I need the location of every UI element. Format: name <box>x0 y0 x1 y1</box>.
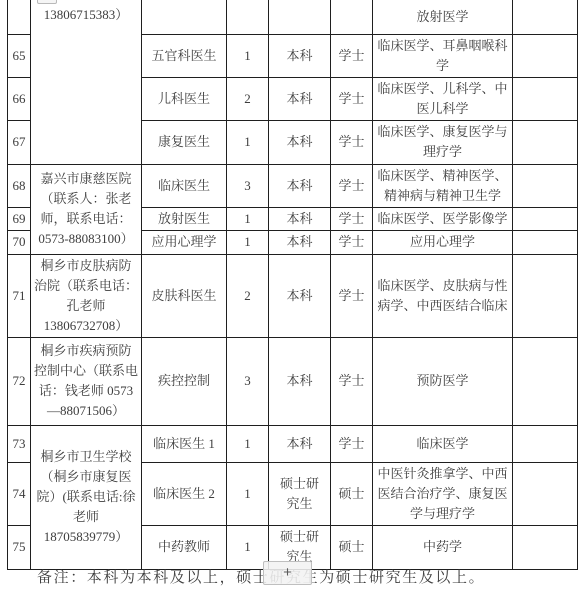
degree-cell: 学士 <box>331 120 373 164</box>
positions-table-body: 13806715383）放射医学65五官科医生1本科学士临床医学、耳鼻咽喉科学6… <box>8 0 578 569</box>
top-clipped-control <box>37 0 57 4</box>
majors-cell: 临床医学、皮肤病与性病学、中西医结合临床 <box>373 254 513 337</box>
count-cell: 2 <box>227 77 269 120</box>
table-row: 68嘉兴市康慈医院 （联系人：张老 师，联系电话： 0573-88083100）… <box>8 164 578 207</box>
position-cell: 应用心理学 <box>142 230 227 254</box>
count-cell: 3 <box>227 337 269 425</box>
remark-cell <box>513 77 578 120</box>
table-row: 13806715383）放射医学 <box>8 0 578 34</box>
education-cell: 本科 <box>269 34 331 77</box>
count-cell: 1 <box>227 462 269 525</box>
education-cell: 本科 <box>269 337 331 425</box>
education-cell: 本科 <box>269 425 331 462</box>
count-cell: 1 <box>227 120 269 164</box>
row-number-cell: 72 <box>8 337 31 425</box>
education-cell: 本科 <box>269 207 331 230</box>
table-row: 72桐乡市疾病预防 控制中心（联系电 话：钱老师 0573 —88071506）… <box>8 337 578 425</box>
degree-cell: 学士 <box>331 34 373 77</box>
remark-cell <box>513 34 578 77</box>
employer-cell: 桐乡市皮肤病防 治院（联系电话： 孔老师 13806732708） <box>31 254 142 337</box>
position-cell: 五官科医生 <box>142 34 227 77</box>
employer-cell: 桐乡市疾病预防 控制中心（联系电 话：钱老师 0573 —88071506） <box>31 337 142 425</box>
plus-button[interactable]: + <box>263 561 312 585</box>
remark-cell <box>513 254 578 337</box>
position-cell: 放射医生 <box>142 207 227 230</box>
education-cell: 本科 <box>269 164 331 207</box>
degree-cell: 学士 <box>331 164 373 207</box>
remark-cell <box>513 525 578 569</box>
footer-note: 备注：本科为本科及以上，硕士研究生为硕士研究生及以上。 <box>37 566 485 587</box>
count-cell: 1 <box>227 207 269 230</box>
degree-cell: 硕士 <box>331 525 373 569</box>
degree-cell: 学士 <box>331 425 373 462</box>
majors-cell: 临床医学、精神医学、精神病与精神卫生学 <box>373 164 513 207</box>
position-cell: 康复医生 <box>142 120 227 164</box>
education-cell: 硕士研 究生 <box>269 462 331 525</box>
remark-cell <box>513 337 578 425</box>
majors-cell: 临床医学、儿科学、中医儿科学 <box>373 77 513 120</box>
table-row: 71桐乡市皮肤病防 治院（联系电话： 孔老师 13806732708）皮肤科医生… <box>8 254 578 337</box>
remark-cell <box>513 120 578 164</box>
row-number-cell: 66 <box>8 77 31 120</box>
count-cell: 1 <box>227 425 269 462</box>
degree-cell: 学士 <box>331 207 373 230</box>
position-cell: 临床医生 2 <box>142 462 227 525</box>
majors-cell: 中药学 <box>373 525 513 569</box>
majors-cell: 放射医学 <box>373 0 513 34</box>
education-cell: 本科 <box>269 230 331 254</box>
positions-table-container: 13806715383）放射医学65五官科医生1本科学士临床医学、耳鼻咽喉科学6… <box>7 0 578 570</box>
employer-cell: 桐乡市卫生学校 （桐乡市康复医 院）(联系电话:徐 老师 18705839779… <box>31 425 142 569</box>
majors-cell: 临床医学 <box>373 425 513 462</box>
degree-cell <box>331 0 373 34</box>
row-number-cell: 70 <box>8 230 31 254</box>
row-number-cell <box>8 0 31 34</box>
majors-cell: 应用心理学 <box>373 230 513 254</box>
remark-cell <box>513 425 578 462</box>
row-number-cell: 67 <box>8 120 31 164</box>
majors-cell: 中医针灸推拿学、中西医结合治疗学、康复医学与理疗学 <box>373 462 513 525</box>
position-cell: 临床医生 1 <box>142 425 227 462</box>
remark-cell <box>513 164 578 207</box>
remark-cell <box>513 462 578 525</box>
position-cell: 儿科医生 <box>142 77 227 120</box>
row-number-cell: 74 <box>8 462 31 525</box>
degree-cell: 学士 <box>331 230 373 254</box>
degree-cell: 学士 <box>331 337 373 425</box>
document-page: 13806715383）放射医学65五官科医生1本科学士临床医学、耳鼻咽喉科学6… <box>0 0 580 592</box>
degree-cell: 硕士 <box>331 462 373 525</box>
employer-cell: 13806715383） <box>31 0 142 164</box>
row-number-cell: 69 <box>8 207 31 230</box>
majors-cell: 临床医学、医学影像学 <box>373 207 513 230</box>
degree-cell: 学士 <box>331 77 373 120</box>
count-cell: 1 <box>227 34 269 77</box>
row-number-cell: 73 <box>8 425 31 462</box>
positions-table: 13806715383）放射医学65五官科医生1本科学士临床医学、耳鼻咽喉科学6… <box>7 0 578 570</box>
count-cell <box>227 0 269 34</box>
row-number-cell: 75 <box>8 525 31 569</box>
employer-cell: 嘉兴市康慈医院 （联系人：张老 师，联系电话： 0573-88083100） <box>31 164 142 254</box>
count-cell: 1 <box>227 230 269 254</box>
row-number-cell: 65 <box>8 34 31 77</box>
majors-cell: 临床医学、康复医学与理疗学 <box>373 120 513 164</box>
education-cell <box>269 0 331 34</box>
position-cell: 皮肤科医生 <box>142 254 227 337</box>
position-cell <box>142 0 227 34</box>
education-cell: 本科 <box>269 254 331 337</box>
table-row: 73桐乡市卫生学校 （桐乡市康复医 院）(联系电话:徐 老师 187058397… <box>8 425 578 462</box>
remark-cell <box>513 207 578 230</box>
position-cell: 中药教师 <box>142 525 227 569</box>
position-cell: 临床医生 <box>142 164 227 207</box>
position-cell: 疾控控制 <box>142 337 227 425</box>
count-cell: 3 <box>227 164 269 207</box>
majors-cell: 预防医学 <box>373 337 513 425</box>
count-cell: 2 <box>227 254 269 337</box>
row-number-cell: 68 <box>8 164 31 207</box>
remark-cell <box>513 0 578 34</box>
degree-cell: 学士 <box>331 254 373 337</box>
education-cell: 本科 <box>269 120 331 164</box>
row-number-cell: 71 <box>8 254 31 337</box>
remark-cell <box>513 230 578 254</box>
majors-cell: 临床医学、耳鼻咽喉科学 <box>373 34 513 77</box>
education-cell: 本科 <box>269 77 331 120</box>
